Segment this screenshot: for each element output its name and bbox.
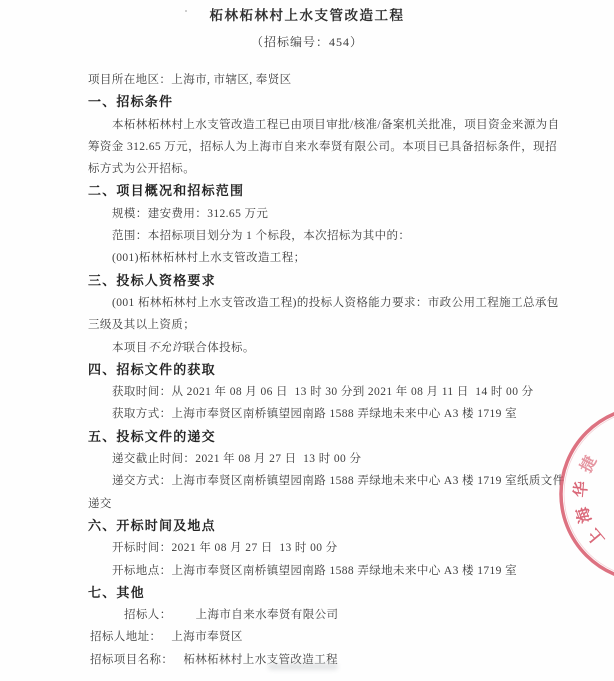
doc-line: 规模：建安费用：312.65 万元 [88,203,540,225]
doc-line: 递交方式：上海市奉贤区南桥镇望园南路 1588 弄绿地未来中心 A3 楼 171… [88,470,540,492]
stamp-character: 海 [572,504,595,526]
tender-number: （招标编号：454） [0,33,614,51]
section-heading-5: 五、投标文件的递交 [88,426,540,448]
stamp-character: 华 [571,481,591,499]
section-heading-2: 二、项目概况和招标范围 [88,180,540,202]
doc-line: (001)柘林柘林村上水支管改造工程； [88,247,540,269]
doc-line: 本柘林柘林村上水支管改造工程已由项目审批/核准/备案机关批准，项目资金来源为自 [88,114,540,136]
scan-smudge [268,663,338,670]
project-location-line: 项目所在地区：上海市, 市辖区, 奉贤区 [88,69,540,91]
doc-line: (001 柘林柘林村上水支管改造工程)的投标人资格能力要求：市政公用工程施工总承… [88,292,540,314]
doc-line: 获取方式：上海市奉贤区南桥镇望园南路 1588 弄绿地未来中心 A3 楼 171… [88,403,540,425]
doc-line: 标方式为公开招标。 [88,158,540,180]
stamp-character-partial: 捷 [576,453,601,477]
doc-line: 三级及其以上资质； [88,314,540,336]
document-title: 柘林柘林村上水支管改造工程 [0,6,614,26]
tenderer-address-line: 招标人地址：上海市奉贤区 [88,626,540,648]
section-heading-3: 三、投标人资格要求 [88,270,540,292]
tenderer-line: 招标人：上海市自来水奉贤有限公司 [88,604,540,626]
section-heading-6: 六、开标时间及地点 [88,515,540,537]
doc-text: 联合体投标。 [183,342,254,354]
field-label: 招标人地址： [90,631,161,643]
section-heading-4: 四、招标文件的获取 [88,359,540,381]
section-heading-7: 七、其他 [88,582,540,604]
doc-line: 开标地点：上海市奉贤区南桥镇望园南路 1588 弄绿地未来中心 A3 楼 171… [88,560,540,582]
section-heading-1: 一、招标条件 [88,91,540,113]
red-seal-stamp-icon: 上 海 华 捷 [540,405,614,590]
stamp-character: 上 [584,525,608,549]
doc-line: 递交 [88,493,540,515]
doc-line: 范围：本招标项目划分为 1 个标段，本次招标为其中的： [88,225,540,247]
field-label: 招标项目名称： [90,654,173,666]
doc-line: 递交截止时间：2021 年 08 月 27 日 13 时 00 分 [88,448,540,470]
field-value: 上海市自来水奉贤有限公司 [196,609,339,621]
doc-line: 开标时间：2021 年 08 月 27 日 13 时 00 分 [88,537,540,559]
document-body: 项目所在地区：上海市, 市辖区, 奉贤区 一、招标条件 本柘林柘林村上水支管改造… [88,69,540,671]
doc-line-no-consortium: 本项目不允许联合体投标。 [88,337,540,359]
doc-text: 本项目 [112,342,148,354]
doc-line: 获取时间：从 2021 年 08 月 06 日 13 时 30 分到 2021 … [88,381,540,403]
doc-text-italic: 不允许 [148,342,184,354]
field-value: 上海市奉贤区 [171,631,242,643]
field-label: 招标人： [124,609,172,621]
doc-line: 筹资金 312.65 万元，招标人为上海市自来水奉贤有限公司。本项目已具备招标条… [88,136,540,158]
scanned-document-page: 柘林柘林村上水支管改造工程 （招标编号：454） 项目所在地区：上海市, 市辖区… [0,0,614,681]
document-header: 柘林柘林村上水支管改造工程 （招标编号：454） [0,6,614,51]
